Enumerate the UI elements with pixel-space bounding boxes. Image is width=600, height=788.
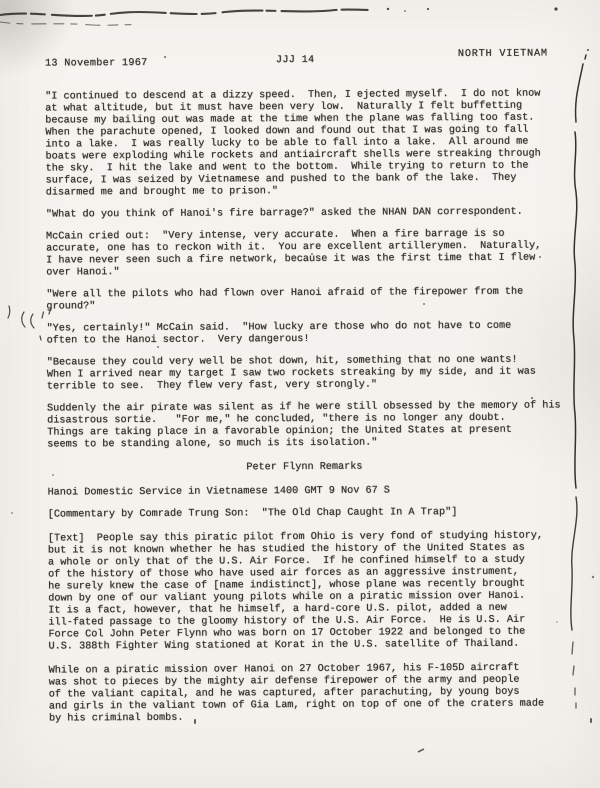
flynn-capture-paragraph: While on a piratic mission over Hanoi on… — [49, 662, 563, 725]
pilots-question-paragraph: "Were all the pilots who had flown over … — [46, 286, 560, 313]
flynn-history-paragraph: [Text] People say this piratic pilot fro… — [48, 530, 563, 653]
header-page-ref: JJJ 14 — [276, 55, 315, 66]
mccain-certainly-paragraph: "Yes, certainly!" McCain said. "How luck… — [47, 320, 561, 347]
peter-flynn-remarks-heading: Peter Flynn Remarks — [47, 460, 561, 475]
scan-content: 13 November 1967 JJJ 14 NORTH VIETNAM "I… — [0, 0, 600, 788]
mccain-descent-paragraph: "I continued to descend at a dizzy speed… — [45, 88, 560, 199]
rockets-paragraph: "Because they could very well be shot do… — [47, 354, 561, 393]
header-section: NORTH VIETNAM — [458, 48, 548, 60]
correspondent-question-line: "What do you think of Hanoi's fire barra… — [46, 206, 560, 221]
commentary-byline: [Commentary by Comrade Trung Son: "The O… — [48, 506, 562, 521]
source-line: Hanoi Domestic Service in Vietnamese 140… — [48, 484, 562, 499]
document-body: "I continued to descend at a dizzy speed… — [45, 88, 563, 735]
header-date: 13 November 1967 — [45, 58, 148, 70]
mccain-fire-barrage-paragraph: McCain cried out: "Very intense, very ac… — [46, 228, 560, 279]
air-pirate-conclusion-paragraph: Suddenly the air pirate was silent as if… — [47, 400, 561, 451]
scanned-document-page: 13 November 1967 JJJ 14 NORTH VIETNAM "I… — [0, 0, 600, 788]
